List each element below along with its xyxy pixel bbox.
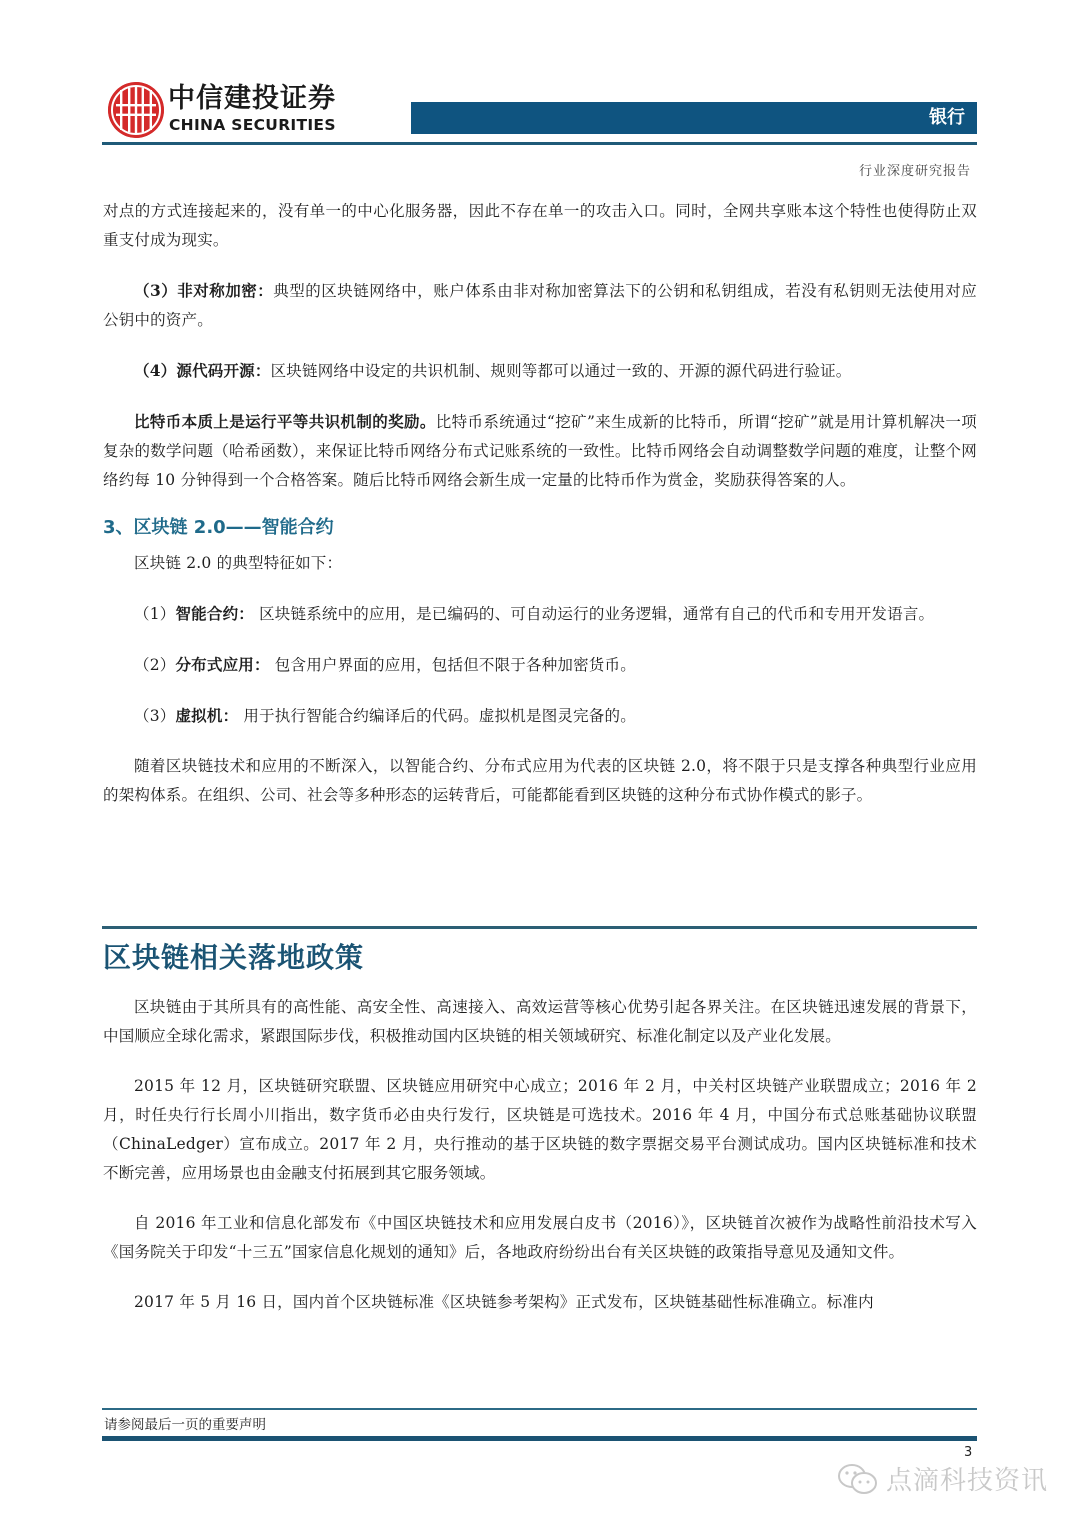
feature-virtual-machine: （3）虚拟机： 用于执行智能合约编译后的代码。虚拟机是图灵完备的。: [103, 701, 977, 731]
page-number: 3: [964, 1445, 972, 1460]
paragraph-policy-standard: 2017 年 5 月 16 日，国内首个区块链标准《区块链参考架构》正式发布，区…: [103, 1288, 977, 1317]
paragraph-policy-whitepaper: 自 2016 年工业和信息化部发布《中国区块链技术和应用发展白皮书（2016）》…: [103, 1209, 977, 1267]
section-heading-blockchain-2: 3、区块链 2.0——智能合约: [103, 513, 977, 543]
feature-number: （3）: [134, 707, 175, 725]
header-divider: [102, 142, 977, 145]
footer-bar: [102, 1436, 977, 1441]
body-content: 对点的方式连接起来的，没有单一的中心化服务器，因此不存在单一的攻击入口。同时，全…: [103, 197, 977, 810]
report-type-label: 行业深度研究报告: [859, 160, 971, 179]
brand-name-en: CHINA SECURITIES: [169, 115, 336, 135]
feature-text: 区块链网络中设定的共识机制、规则等都可以通过一致的、开源的源代码进行验证。: [271, 362, 852, 380]
wechat-icon: [836, 1462, 880, 1496]
feature-label: 虚拟机：: [175, 706, 238, 725]
feature-text: 包含用户界面的应用，包括但不限于各种加密货币。: [270, 656, 636, 674]
sector-banner: 银行: [411, 102, 977, 134]
feature-asymmetric-encryption: （3）非对称加密：典型的区块链网络中，账户体系由非对称加密算法下的公钥和私钥组成…: [103, 276, 977, 335]
feature-dapp: （2）分布式应用： 包含用户界面的应用，包括但不限于各种加密货币。: [103, 650, 977, 680]
feature-label: 智能合约：: [175, 604, 254, 623]
section-heading-policy: 区块链相关落地政策: [103, 938, 364, 978]
paragraph-policy-timeline: 2015 年 12 月，区块链研究联盟、区块链应用研究中心成立；2016 年 2…: [103, 1072, 977, 1188]
section-divider: [102, 926, 977, 929]
brand-name-cn: 中信建投证券: [168, 83, 336, 115]
paragraph-p2p-continuation: 对点的方式连接起来的，没有单一的中心化服务器，因此不存在单一的攻击入口。同时，全…: [103, 197, 977, 255]
watermark-text: 点滴科技资讯: [886, 1460, 1048, 1497]
feature-text: 区块链系统中的应用，是已编码的、可自动运行的业务逻辑，通常有自己的代币和专用开发…: [254, 605, 934, 623]
footer-divider: [102, 1408, 977, 1410]
feature-label: 分布式应用：: [175, 655, 269, 674]
paragraph-conclusion: 随着区块链技术和应用的不断深入，以智能合约、分布式应用为代表的区块链 2.0，将…: [103, 752, 977, 810]
policy-content: 区块链由于其所具有的高性能、高安全性、高速接入、高效运营等核心优势引起各界关注。…: [103, 993, 977, 1317]
feature-open-source: （4）源代码开源：区块链网络中设定的共识机制、规则等都可以通过一致的、开源的源代…: [103, 356, 977, 386]
feature-number: （1）: [134, 605, 175, 623]
feature-text: 用于执行智能合约编译后的代码。虚拟机是图灵完备的。: [238, 707, 636, 725]
paragraph-policy-intro: 区块链由于其所具有的高性能、高安全性、高速接入、高效运营等核心优势引起各界关注。…: [103, 993, 977, 1051]
feature-label: （4）源代码开源：: [134, 361, 271, 380]
watermark: 点滴科技资讯: [836, 1460, 1048, 1497]
feature-smart-contract: （1）智能合约： 区块链系统中的应用，是已编码的、可自动运行的业务逻辑，通常有自…: [103, 599, 977, 629]
feature-number: （2）: [134, 656, 175, 674]
paragraph-bitcoin-reward: 比特币本质上是运行平等共识机制的奖励。比特币系统通过“挖矿”来生成新的比特币，所…: [103, 407, 977, 495]
lead-sentence: 比特币本质上是运行平等共识机制的奖励。: [134, 412, 436, 431]
disclaimer-note: 请参阅最后一页的重要声明: [104, 1415, 266, 1435]
feature-label: （3）非对称加密：: [134, 281, 273, 300]
china-securities-logo-icon: [108, 82, 164, 138]
paragraph-intro: 区块链 2.0 的典型特征如下：: [103, 549, 977, 578]
